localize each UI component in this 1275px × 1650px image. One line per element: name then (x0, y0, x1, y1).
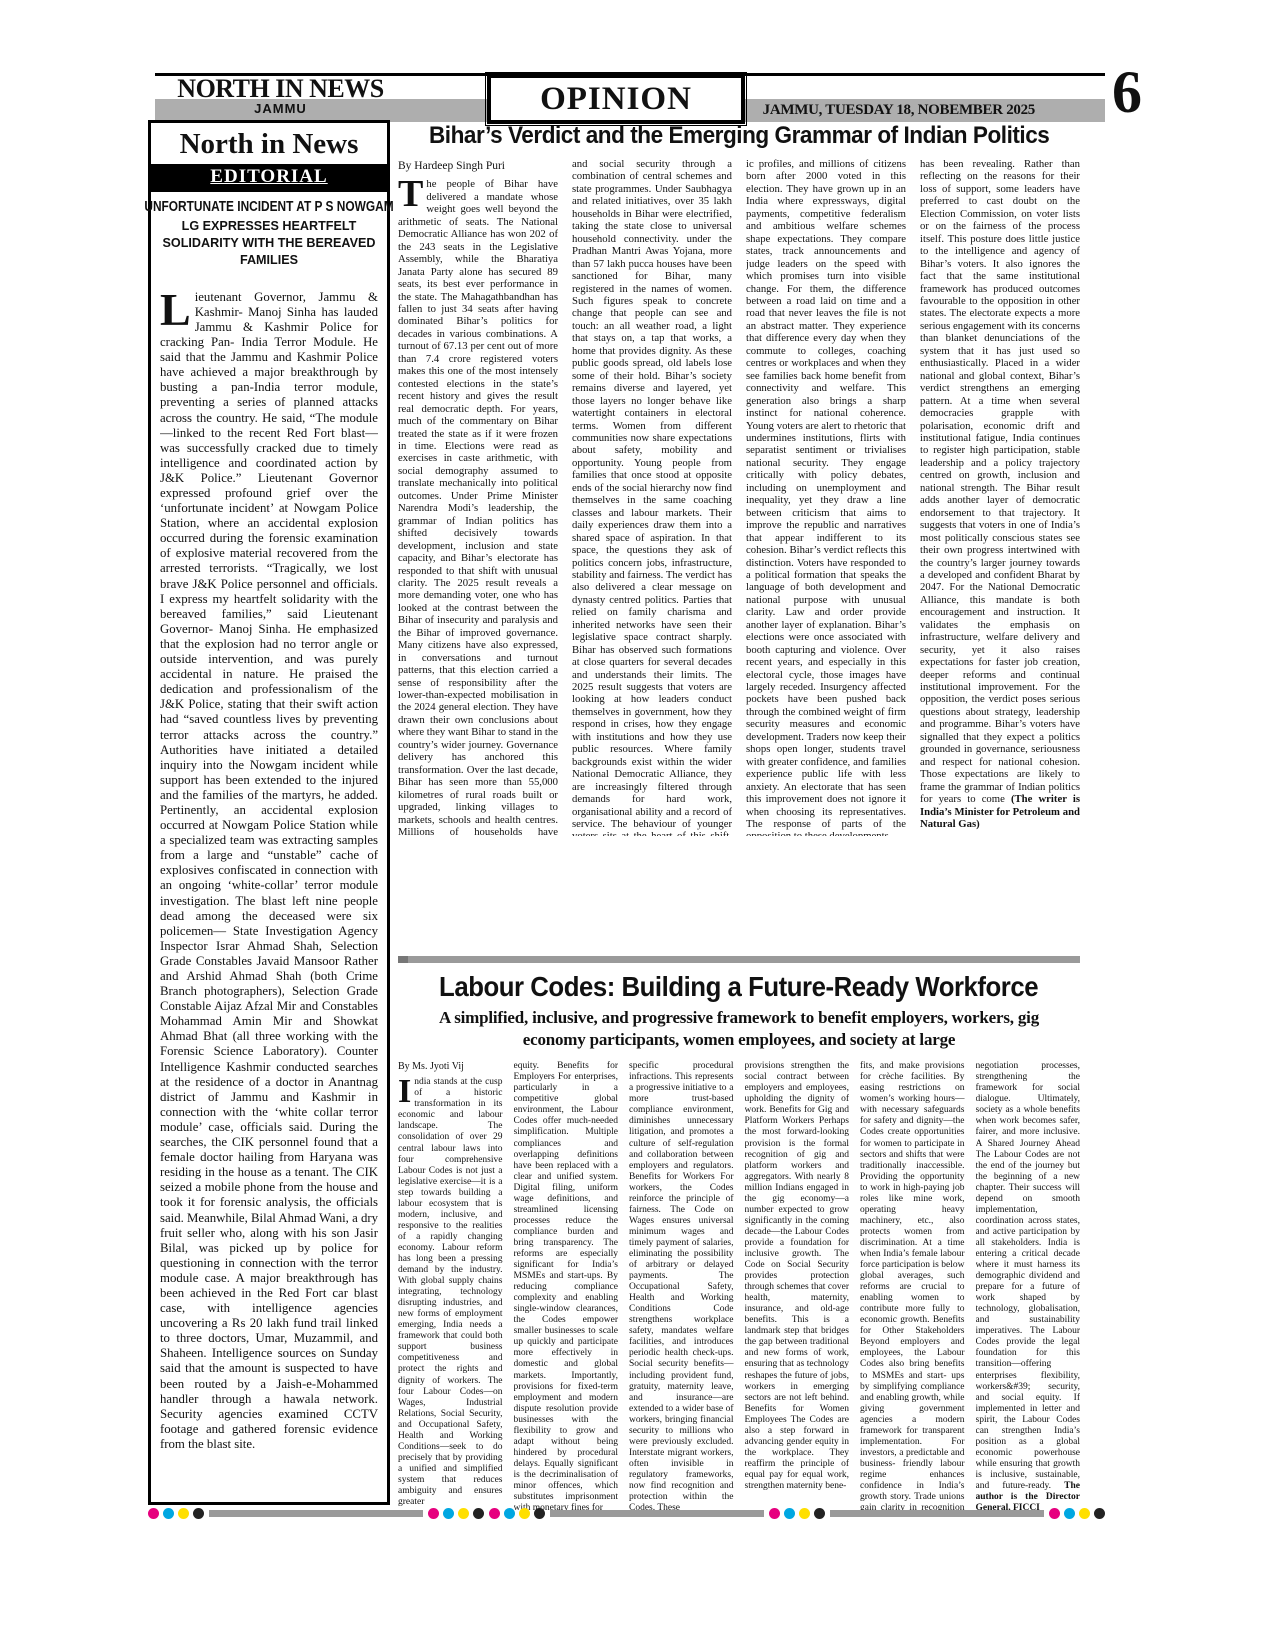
labour-article-column-3: specific procedural infractions. This re… (629, 1061, 734, 1513)
registration-marks (148, 1507, 1105, 1520)
labour-article-column-2: equity. Benefits for Employers For enter… (514, 1061, 619, 1513)
labour-article-column-6: negotiation processes, strengthening the… (976, 1061, 1081, 1513)
main-article-column-3: ic profiles, and millions of citizens bo… (746, 158, 906, 836)
main-article-headline: Bihar’s Verdict and the Emerging Grammar… (398, 122, 1080, 150)
editorial-body: Lieutenant Governor, Jammu & Kashmir- Ma… (160, 277, 378, 1467)
magenta-dot (489, 1508, 500, 1519)
masthead-city-label: JAMMU (163, 101, 398, 116)
cyan-dot (504, 1508, 515, 1519)
main-article-text-3: ic profiles, and millions of citizens bo… (746, 158, 906, 836)
main-article-column-1: By Hardeep Singh Puri The people of Biha… (398, 158, 558, 836)
editorial-box-title: North in News (151, 123, 387, 164)
registration-bar (209, 1510, 423, 1517)
editorial-label-bar: EDITORIAL (151, 164, 387, 192)
labour-article-text-1: India stands at the cusp of a historic t… (398, 1077, 503, 1508)
main-article-columns: By Hardeep Singh Puri The people of Biha… (398, 158, 1080, 836)
labour-article-text-5: fits, and make provisions for crèche fac… (860, 1061, 965, 1513)
labour-article-byline: By Ms. Jyoti Vij (398, 1061, 503, 1072)
black-dot (473, 1508, 484, 1519)
labour-article-subtitle: A simplified, inclusive, and progressive… (409, 1007, 1069, 1051)
page-number: 6 (1112, 62, 1142, 122)
labour-article-text-3: specific procedural infractions. This re… (629, 1061, 734, 1513)
magenta-dot (428, 1508, 439, 1519)
main-article: Bihar’s Verdict and the Emerging Grammar… (398, 122, 1080, 836)
registration-dot-group (769, 1508, 825, 1519)
editorial-body-text: Lieutenant Governor, Jammu & Kashmir- Ma… (160, 290, 378, 1452)
main-article-text-1: The people of Bihar have delivered a man… (398, 178, 558, 836)
labour-article: Labour Codes: Building a Future-Ready Wo… (398, 971, 1080, 1513)
black-dot (534, 1508, 545, 1519)
labour-article-columns: By Ms. Jyoti Vij India stands at the cus… (398, 1061, 1080, 1513)
article-divider-bar (398, 956, 1080, 963)
registration-bar (550, 1510, 764, 1517)
labour-article-column-1: By Ms. Jyoti Vij India stands at the cus… (398, 1061, 503, 1513)
yellow-dot (799, 1508, 810, 1519)
magenta-dot (148, 1508, 159, 1519)
masthead: NORTH IN NEWS (163, 74, 398, 104)
yellow-dot (519, 1508, 530, 1519)
black-dot (1094, 1508, 1105, 1519)
yellow-dot (178, 1508, 189, 1519)
magenta-dot (1049, 1508, 1060, 1519)
registration-dot-group (428, 1508, 484, 1519)
labour-article-text-2: equity. Benefits for Employers For enter… (514, 1061, 619, 1513)
magenta-dot (769, 1508, 780, 1519)
editorial-headline-1: UNFORTUNATE INCIDENT AT P S NOWGAM (151, 199, 387, 215)
labour-article-text-4: provisions strengthen the social contrac… (745, 1061, 850, 1492)
registration-dot-group (148, 1508, 204, 1519)
black-dot (814, 1508, 825, 1519)
cyan-dot (443, 1508, 454, 1519)
cyan-dot (163, 1508, 174, 1519)
main-article-column-4: has been revealing. Rather than reflecti… (920, 158, 1080, 836)
yellow-dot (458, 1508, 469, 1519)
cyan-dot (1064, 1508, 1075, 1519)
editorial-label: EDITORIAL (210, 166, 327, 187)
main-article-text-2: and social security through a combinatio… (572, 158, 732, 836)
black-dot (193, 1508, 204, 1519)
dateline: JAMMU, TUESDAY 18, NOBEMBER 2025 (700, 102, 1035, 119)
editorial-headline-2: LG EXPRESSES HEARTFELT SOLIDARITY WITH T… (155, 218, 383, 269)
main-article-text-4: has been revealing. Rather than reflecti… (920, 158, 1080, 830)
yellow-dot (1079, 1508, 1090, 1519)
labour-article-text-6: negotiation processes, strengthening the… (976, 1061, 1081, 1513)
editorial-column: North in News EDITORIAL UNFORTUNATE INCI… (148, 120, 390, 1505)
registration-dot-group (489, 1508, 545, 1519)
masthead-title: NORTH IN NEWS (177, 74, 383, 103)
cyan-dot (784, 1508, 795, 1519)
registration-dot-group (1049, 1508, 1105, 1519)
section-title: OPINION (540, 81, 692, 118)
labour-article-headline: Labour Codes: Building a Future-Ready Wo… (398, 971, 1080, 1003)
labour-article-column-4: provisions strengthen the social contrac… (745, 1061, 850, 1513)
section-title-box: OPINION (487, 74, 745, 124)
main-article-byline: By Hardeep Singh Puri (398, 160, 558, 172)
registration-bar (830, 1510, 1044, 1517)
newspaper-page: { "page": { "masthead": "NORTH IN NEWS",… (0, 0, 1275, 1650)
labour-article-column-5: fits, and make provisions for crèche fac… (860, 1061, 965, 1513)
main-article-column-2: and social security through a combinatio… (572, 158, 732, 836)
